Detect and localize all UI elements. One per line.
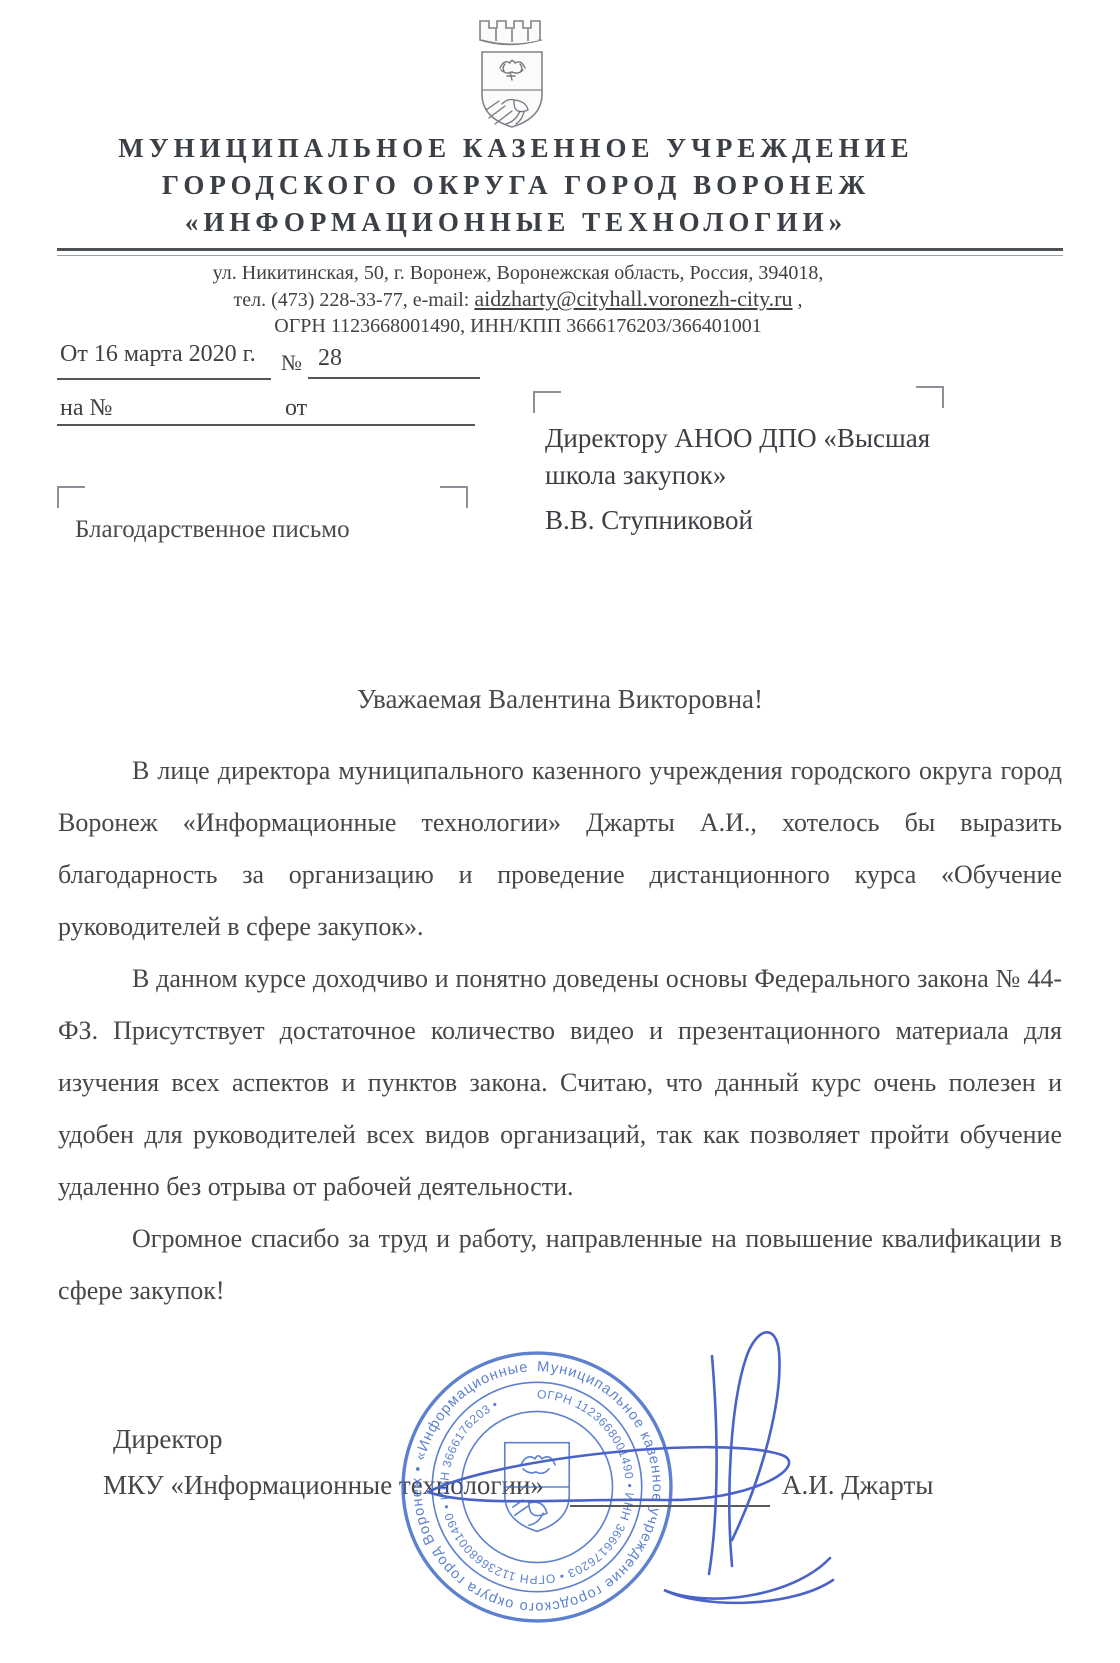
letter-date: От 16 марта 2020 г. [60,341,256,368]
recipient-person: В.В. Ступниковой [545,505,753,536]
org-email: aidzharty@cityhall.voronezh-city.ru [474,286,792,311]
org-name-line3: «ИНФОРМАЦИОННЫЕ ТЕХНОЛОГИИ» [0,204,1032,241]
reply-to-label: на № [60,395,112,422]
body-paragraph: В данном курсе доходчиво и понятно довед… [58,953,1062,1213]
org-contacts: ул. Никитинская, 50, г. Воронеж, Воронеж… [0,260,1036,339]
corner-mark-recipient-right [916,386,944,408]
letter-number: 28 [318,345,342,372]
letter-subject: Благодарственное письмо [75,516,350,544]
salutation: Уважаемая Валентина Викторовна! [0,684,1120,715]
reply-line-underline [57,424,475,426]
org-name: МУНИЦИПАЛЬНОЕ КАЗЕННОЕ УЧРЕЖДЕНИЕ ГОРОДС… [0,130,1032,241]
date-underline [57,378,271,380]
org-ogrn-inn-line: ОГРН 1123668001490, ИНН/КПП 3666176203/3… [0,313,1036,339]
corner-mark-subject-left [57,486,85,508]
number-sign: № [281,350,302,376]
corner-mark-recipient-left [533,391,561,413]
corner-mark-subject-right [440,486,468,508]
org-address-line: ул. Никитинская, 50, г. Воронеж, Воронеж… [0,260,1036,286]
body-paragraph: Огромное спасибо за труд и работу, напра… [58,1213,1062,1317]
letterhead-rule-thin [57,255,1063,256]
signer-title-line1: Директор [113,1424,223,1455]
org-phone-email-line: тел. (473) 228-33-77, e-mail: aidzharty@… [0,286,1036,313]
body-paragraph: В лице директора муниципального казенног… [58,745,1062,953]
org-name-line2: ГОРОДСКОГО ОКРУГА ГОРОД ВОРОНЕЖ [0,167,1032,204]
reply-from-label: от [285,395,307,422]
thank-you-letter-page: МУНИЦИПАЛЬНОЕ КАЗЕННОЕ УЧРЕЖДЕНИЕ ГОРОДС… [0,0,1120,1663]
number-underline [308,377,480,379]
handwritten-signature [400,1308,880,1638]
letterhead-rule-thick [57,248,1063,251]
org-name-line1: МУНИЦИПАЛЬНОЕ КАЗЕННОЕ УЧРЕЖДЕНИЕ [0,130,1032,167]
letter-body: В лице директора муниципального казенног… [58,745,1062,1317]
voronezh-coat-of-arms [456,12,568,132]
recipient-org: Директору АНОО ДПО «Высшая школа закупок… [545,420,965,494]
